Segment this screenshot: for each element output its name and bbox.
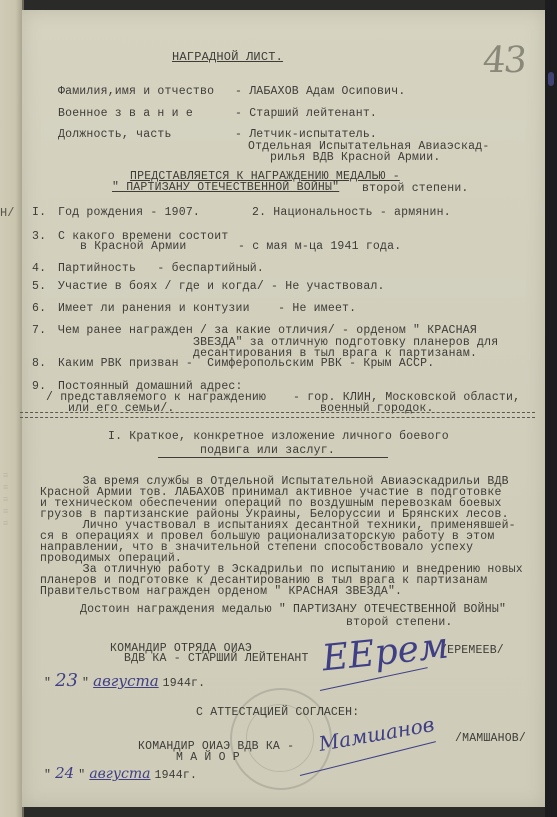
- section-heading-2: подвига или заслуг.: [200, 444, 335, 457]
- date-day-handwritten: 24: [55, 764, 74, 782]
- item-number-6: 6.: [32, 302, 46, 315]
- section-divider: [20, 412, 535, 418]
- archive-page-number: 43: [481, 40, 527, 81]
- date-month-handwritten: августа: [89, 766, 150, 782]
- signer2-role-2: М А Й О Р: [176, 751, 240, 764]
- approval-statement: С АТТЕСТАЦИЕЙ СОГЛАСЕН:: [196, 706, 359, 719]
- item-number-4: 4.: [32, 262, 46, 275]
- item-number-1: I.: [32, 206, 46, 219]
- date-day-handwritten: 23: [55, 670, 78, 691]
- field-value-unit-2: рилья ВДВ Красной Армии.: [270, 151, 440, 164]
- conclusion-line-1: Достоин награждения медалью " ПАРТИЗАНУ …: [80, 603, 506, 616]
- date-quote: ": [44, 677, 51, 690]
- signer1-date: " 23 " августа 1944г.: [44, 670, 205, 691]
- nomination-degree: второй степени.: [362, 182, 469, 195]
- item-number-5: 5.: [32, 280, 46, 293]
- date-quote: ": [82, 677, 89, 690]
- item-number-3: 3.: [32, 230, 46, 243]
- field-label-name: Фамилия,имя и отчество: [58, 85, 214, 98]
- adjacent-page-marks: ≡≡≡≡≡: [3, 470, 17, 530]
- item-number-7: 7.: [32, 324, 46, 337]
- section-heading-underline: [158, 457, 388, 458]
- date-year: 1944г.: [163, 677, 206, 690]
- item-party: Партийность - беспартийный.: [58, 262, 264, 275]
- section-heading-1: I. Краткое, конкретное изложение личного…: [108, 430, 449, 443]
- signer1-role-2: ВДВ КА - СТАРШИЙ ЛЕЙТЕНАНТ: [124, 652, 309, 665]
- field-value-rank: - Старший лейтенант.: [235, 107, 377, 120]
- item-service-since-value: - с мая м-ца 1941 года.: [238, 240, 401, 253]
- item-service-since-label-2: в Красной Армии: [80, 240, 187, 253]
- field-value-name: - ЛАБАХОВ Адам Осипович.: [235, 85, 405, 98]
- signer2-name: /МАМШАНОВ/: [455, 732, 526, 745]
- item-combat: Участие в боях / где и когда/ - Не участ…: [58, 280, 385, 293]
- merit-description: За время службы в Отдельной Испытательно…: [40, 476, 523, 597]
- scan-background: [545, 0, 557, 817]
- date-quote: ": [44, 769, 51, 782]
- date-month-handwritten: августа: [93, 672, 159, 690]
- item-birth-year: Год рождения - 1907.: [58, 206, 200, 219]
- document-title: НАГРАДНОЙ ЛИСТ.: [172, 50, 283, 64]
- field-label-position: Должность, часть: [58, 128, 172, 141]
- adjacent-page-edge: Н/ ≡≡≡≡≡: [0, 0, 24, 817]
- official-stamp: [230, 688, 332, 790]
- signer2-date: " 24 " августа 1944г.: [44, 764, 197, 782]
- nomination-line-2: " ПАРТИЗАНУ ОТЕЧЕСТВЕННОЙ ВОЙНЫ": [112, 181, 339, 194]
- item-number-9: 9.: [32, 380, 46, 393]
- date-quote: ": [78, 769, 85, 782]
- item-wounds: Имеет ли ранения и контузии - Не имеет.: [58, 302, 356, 315]
- adjacent-page-text: Н/: [0, 206, 14, 220]
- body-line: Правительством награжден орденом " КРАСН…: [40, 586, 523, 597]
- date-year: 1944г.: [154, 769, 197, 782]
- ink-mark: [548, 72, 554, 86]
- item-conscription: Каким РВК призван - Симферопольским РВК …: [58, 357, 434, 370]
- field-label-rank: Военное з в а н и е: [58, 107, 193, 120]
- item-nationality: 2. Национальность - армянин.: [252, 206, 451, 219]
- item-number-8: 8.: [32, 357, 46, 370]
